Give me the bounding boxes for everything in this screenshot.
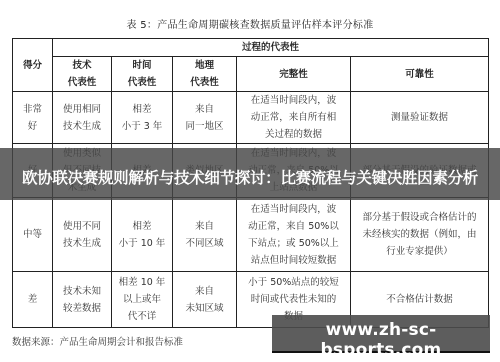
text-line: 相差 — [114, 218, 170, 235]
text-line: 同一地区 — [175, 118, 234, 135]
cell-time: 相差 10 年以上或年代不详 — [112, 272, 173, 328]
table-row: 非常好 使用相同技术生成 相差小于 3 年 来自同一地区 在适当时间段内，波动正… — [13, 92, 489, 144]
text-line: 非常 — [15, 101, 50, 118]
text-line: 不合格估计数据 — [353, 291, 486, 308]
text-line: 测量验证数据 — [353, 109, 486, 126]
cell-reliability: 测量验证数据 — [351, 92, 489, 144]
text-line: 技术生成 — [55, 235, 109, 252]
cell-geo: 来自同一地区 — [173, 92, 237, 144]
header-geo: 地理代表性 — [173, 57, 237, 92]
text-line: 小于 50%站点的较短 — [239, 274, 348, 291]
watermark-box: www.zh-sc-bsports.com — [272, 315, 490, 353]
cell-score: 中等 — [13, 198, 53, 272]
text-line: 代不详 — [114, 308, 170, 325]
text-line: 来自 — [175, 283, 234, 300]
text-line: 中等 — [15, 226, 50, 243]
header-tech-line1: 技术 — [55, 57, 109, 74]
text-line: 好 — [15, 118, 50, 135]
cell-score: 差 — [13, 272, 53, 328]
text-line: 小于 3 年 — [114, 118, 170, 135]
table-caption: 表 5：产品生命周期碳核查数据质量评估样本评分标准 — [0, 16, 500, 31]
text-line: 技术未知 — [55, 283, 109, 300]
text-line: 差 — [15, 291, 50, 308]
header-time-line1: 时间 — [114, 57, 170, 74]
text-line: 下站点；或 50%以上 — [239, 235, 348, 252]
header-row-group: 得分 过程的代表性 — [13, 39, 489, 57]
text-line: 在适当时间段内，波 — [239, 201, 348, 218]
text-line: 部分基于假设或合格估计的 — [353, 209, 486, 226]
table-row: 中等 使用不同技术生成 相差小于 10 年 来自不同区域 在适当时间段内，波动正… — [13, 198, 489, 272]
text-line: 关过程的数据 — [239, 126, 348, 143]
text-line: 未经核实的数据（例如，由 — [353, 226, 486, 243]
text-line: 技术生成 — [55, 118, 109, 135]
header-row-columns: 技术代表性 时间代表性 地理代表性 完整性 可靠性 — [13, 57, 489, 92]
cell-tech: 技术未知较差数据 — [53, 272, 112, 328]
text-line: 站点但时间较短数据 — [239, 252, 348, 269]
cell-score: 非常好 — [13, 92, 53, 144]
text-line: 未知区域 — [175, 300, 234, 317]
text-line: 动正常，来自所有相 — [239, 109, 348, 126]
cell-geo: 来自不同区域 — [173, 198, 237, 272]
cell-reliability: 部分基于假设或合格估计的未经核实的数据（例如，由行业专家提供） — [351, 198, 489, 272]
header-geo-line2: 代表性 — [175, 74, 234, 91]
header-process-representativeness: 过程的代表性 — [53, 39, 489, 57]
text-line: 行业专家提供） — [353, 243, 486, 260]
header-time-line2: 代表性 — [114, 74, 170, 91]
cell-time: 相差小于 3 年 — [112, 92, 173, 144]
header-tech-line2: 代表性 — [55, 74, 109, 91]
text-line: 来自 — [175, 101, 234, 118]
text-line: 使用相同 — [55, 101, 109, 118]
header-geo-line1: 地理 — [175, 57, 234, 74]
header-reliability: 可靠性 — [351, 57, 489, 92]
source-note: 数据来源：产品生命周期会计和报告标准 — [12, 334, 183, 348]
text-line: 使用不同 — [55, 218, 109, 235]
cell-tech: 使用不同技术生成 — [53, 198, 112, 272]
cell-geo: 来自未知区域 — [173, 272, 237, 328]
text-line: 在适当时间段内，波 — [239, 92, 348, 109]
cell-completeness: 在适当时间段内，波动正常，来自所有相关过程的数据 — [237, 92, 351, 144]
headline-banner-text: 欧协联决赛规则解析与技术细节探讨：比赛流程与关键决胜因素分析 — [0, 166, 500, 188]
text-line: 时间或代表性未知的 — [239, 291, 348, 308]
cell-tech: 使用相同技术生成 — [53, 92, 112, 144]
header-time: 时间代表性 — [112, 57, 173, 92]
text-line: 来自 — [175, 218, 234, 235]
text-line: 小于 10 年 — [114, 235, 170, 252]
header-completeness: 完整性 — [237, 57, 351, 92]
text-line: 不同区域 — [175, 235, 234, 252]
cell-time: 相差小于 10 年 — [112, 198, 173, 272]
cell-completeness: 在适当时间段内，波动正常，来自 50%以下站点；或 50%以上站点但时间较短数据 — [237, 198, 351, 272]
text-line: 相差 10 年 — [114, 274, 170, 291]
watermark-url: www.zh-sc-bsports.com — [272, 320, 490, 360]
text-line: 相差 — [114, 101, 170, 118]
text-line: 动正常，来自 50%以 — [239, 218, 348, 235]
text-line: 以上或年 — [114, 291, 170, 308]
text-line: 较差数据 — [55, 300, 109, 317]
header-score: 得分 — [13, 39, 53, 92]
header-tech: 技术代表性 — [53, 57, 112, 92]
